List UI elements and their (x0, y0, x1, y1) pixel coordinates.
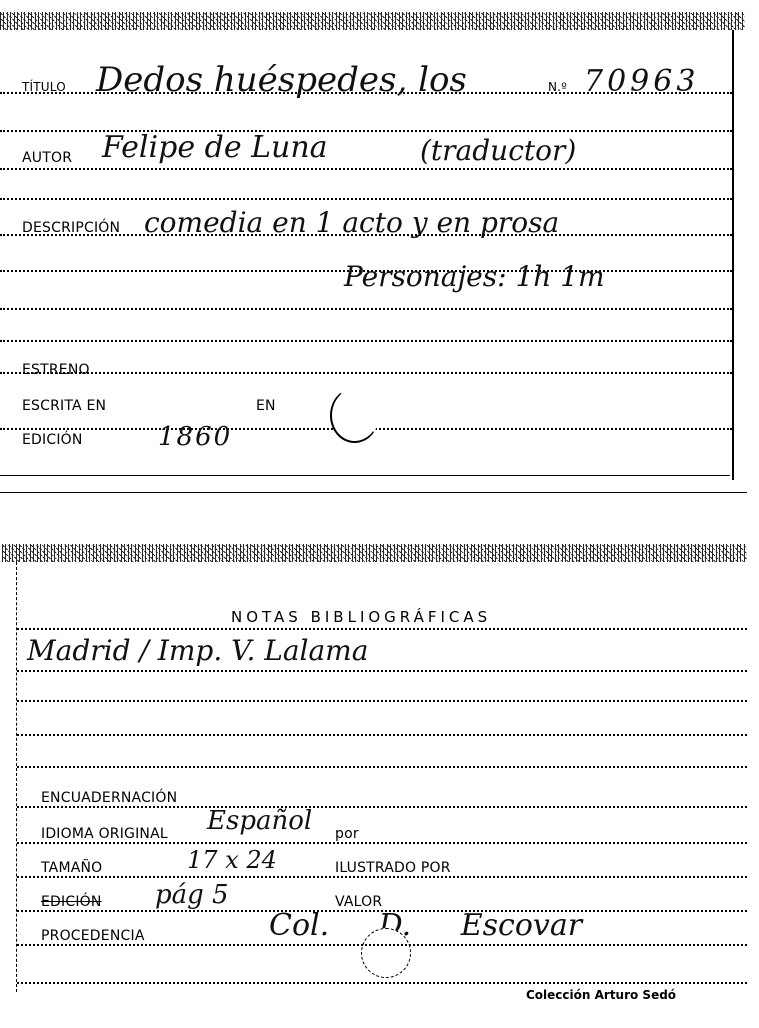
edicion-pag-value: pág 5 (155, 880, 229, 910)
rule-line (17, 700, 747, 702)
tamano-label: TAMAÑO (41, 860, 102, 876)
rule-line (17, 876, 747, 878)
rule-line (17, 670, 747, 672)
rule-line (17, 982, 747, 984)
titulo-value: Dedos huéspedes, los (96, 60, 467, 100)
idioma-original-label: IDIOMA ORIGINAL (41, 826, 168, 842)
rule-line (0, 308, 732, 310)
encuadernacion-label: ENCUADERNACIÓN (41, 790, 177, 806)
notas-value: Madrid / Imp. V. Lalama (27, 634, 368, 667)
descripcion-value: comedia en 1 acto y en prosa (144, 206, 559, 239)
titulo-label: TÍTULO (22, 80, 66, 94)
edicion-label: EDICIÓN (22, 432, 83, 448)
rule-line (0, 168, 732, 170)
rule-line (17, 766, 747, 768)
autor-value: Felipe de Luna (102, 130, 328, 165)
catalog-card-back: NOTAS BIBLIOGRÁFICAS Madrid / Imp. V. La… (16, 562, 747, 992)
rule-line (0, 198, 732, 200)
rule-line (17, 842, 747, 844)
punched-hole (361, 928, 411, 978)
notas-heading: NOTAS BIBLIOGRÁFICAS (231, 608, 491, 626)
scan-edge-noise-top (0, 12, 745, 30)
card-bottom-edge (0, 475, 730, 476)
autor-label: AUTOR (22, 150, 72, 166)
numero-label: N.º (548, 80, 567, 94)
estreno-label: ESTRENO (22, 362, 90, 378)
en-label: EN (256, 398, 276, 414)
por-label: por (335, 826, 359, 842)
rule-line (17, 944, 747, 946)
scan-edge-noise-bottom (2, 544, 747, 562)
rule-line (17, 628, 747, 630)
idioma-original-value: Español (207, 806, 312, 836)
card-separator (0, 492, 747, 493)
catalog-card-front: TÍTULO Dedos huéspedes, los N.º 70963 AU… (0, 30, 734, 480)
tamano-value: 17 x 24 (187, 846, 277, 874)
numero-value: 70963 (584, 64, 699, 99)
autor-note: (traductor) (420, 134, 576, 167)
rule-line (17, 806, 747, 808)
edicion-value: 1860 (158, 422, 232, 452)
procedencia-label: PROCEDENCIA (41, 928, 145, 944)
rule-line (0, 340, 732, 342)
edicion-label-struck: EDICIÓN (41, 894, 102, 910)
descripcion-label: DESCRIPCIÓN (22, 220, 120, 236)
escrita-en-label: ESCRITA EN (22, 398, 106, 414)
collection-footer: Colección Arturo Sedó (526, 988, 676, 1002)
ilustrado-por-label: ILUSTRADO POR (335, 860, 451, 876)
punched-hole (330, 388, 379, 443)
rule-line (17, 734, 747, 736)
descripcion-value-line2: Personajes: 1h 1m (344, 260, 605, 293)
procedencia-value: Col. D. Escovar (269, 908, 582, 943)
rule-line (0, 372, 732, 374)
